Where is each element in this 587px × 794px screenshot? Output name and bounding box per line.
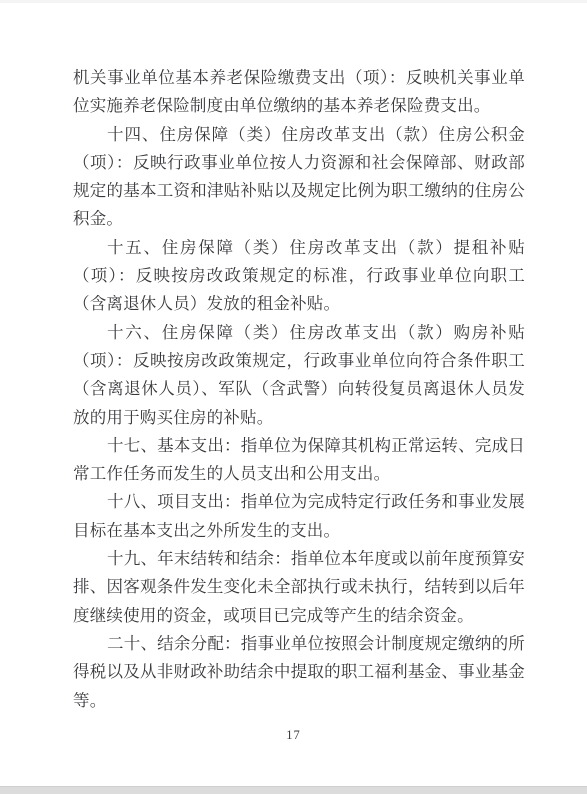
paragraph-14-housing-fund: 十四、住房保障（类）住房改革支出（款）住房公积金（项）：反映行政事业单位按人力资… — [73, 121, 525, 234]
paragraph-16-purchase-subsidy: 十六、住房保障（类）住房改革支出（款）购房补贴（项）：反映按房改政策规定，行政事… — [73, 319, 525, 432]
scan-top-edge — [0, 0, 587, 3]
scan-bottom-edge — [0, 786, 587, 794]
paragraph-15-rent-subsidy: 十五、住房保障（类）住房改革支出（款）提租补贴（项）：反映按房改政策规定的标准，… — [73, 234, 525, 319]
paragraph-20-surplus-distribution: 二十、结余分配：指事业单位按照会计制度规定缴纳的所得税以及从非财政补助结余中提取… — [73, 630, 525, 715]
paragraph-19-carryover-surplus: 十九、年末结转和结余：指单位本年度或以前年度预算安排、因客观条件发生变化未全部执… — [73, 545, 525, 630]
paragraph-17-basic-expenditure: 十七、基本支出：指单位为保障其机构正常运转、完成日常工作任务而发生的人员支出和公… — [73, 432, 525, 489]
paragraph-pension-contribution: 机关事业单位基本养老保险缴费支出（项）：反映机关事业单位实施养老保险制度由单位缴… — [73, 64, 525, 121]
page-text-block: 机关事业单位基本养老保险缴费支出（项）：反映机关事业单位实施养老保险制度由单位缴… — [73, 64, 525, 715]
page-number: 17 — [0, 728, 587, 743]
document-page: 机关事业单位基本养老保险缴费支出（项）：反映机关事业单位实施养老保险制度由单位缴… — [0, 0, 587, 794]
paragraph-18-project-expenditure: 十八、项目支出：指单位为完成特定行政任务和事业发展目标在基本支出之外所发生的支出… — [73, 488, 525, 545]
